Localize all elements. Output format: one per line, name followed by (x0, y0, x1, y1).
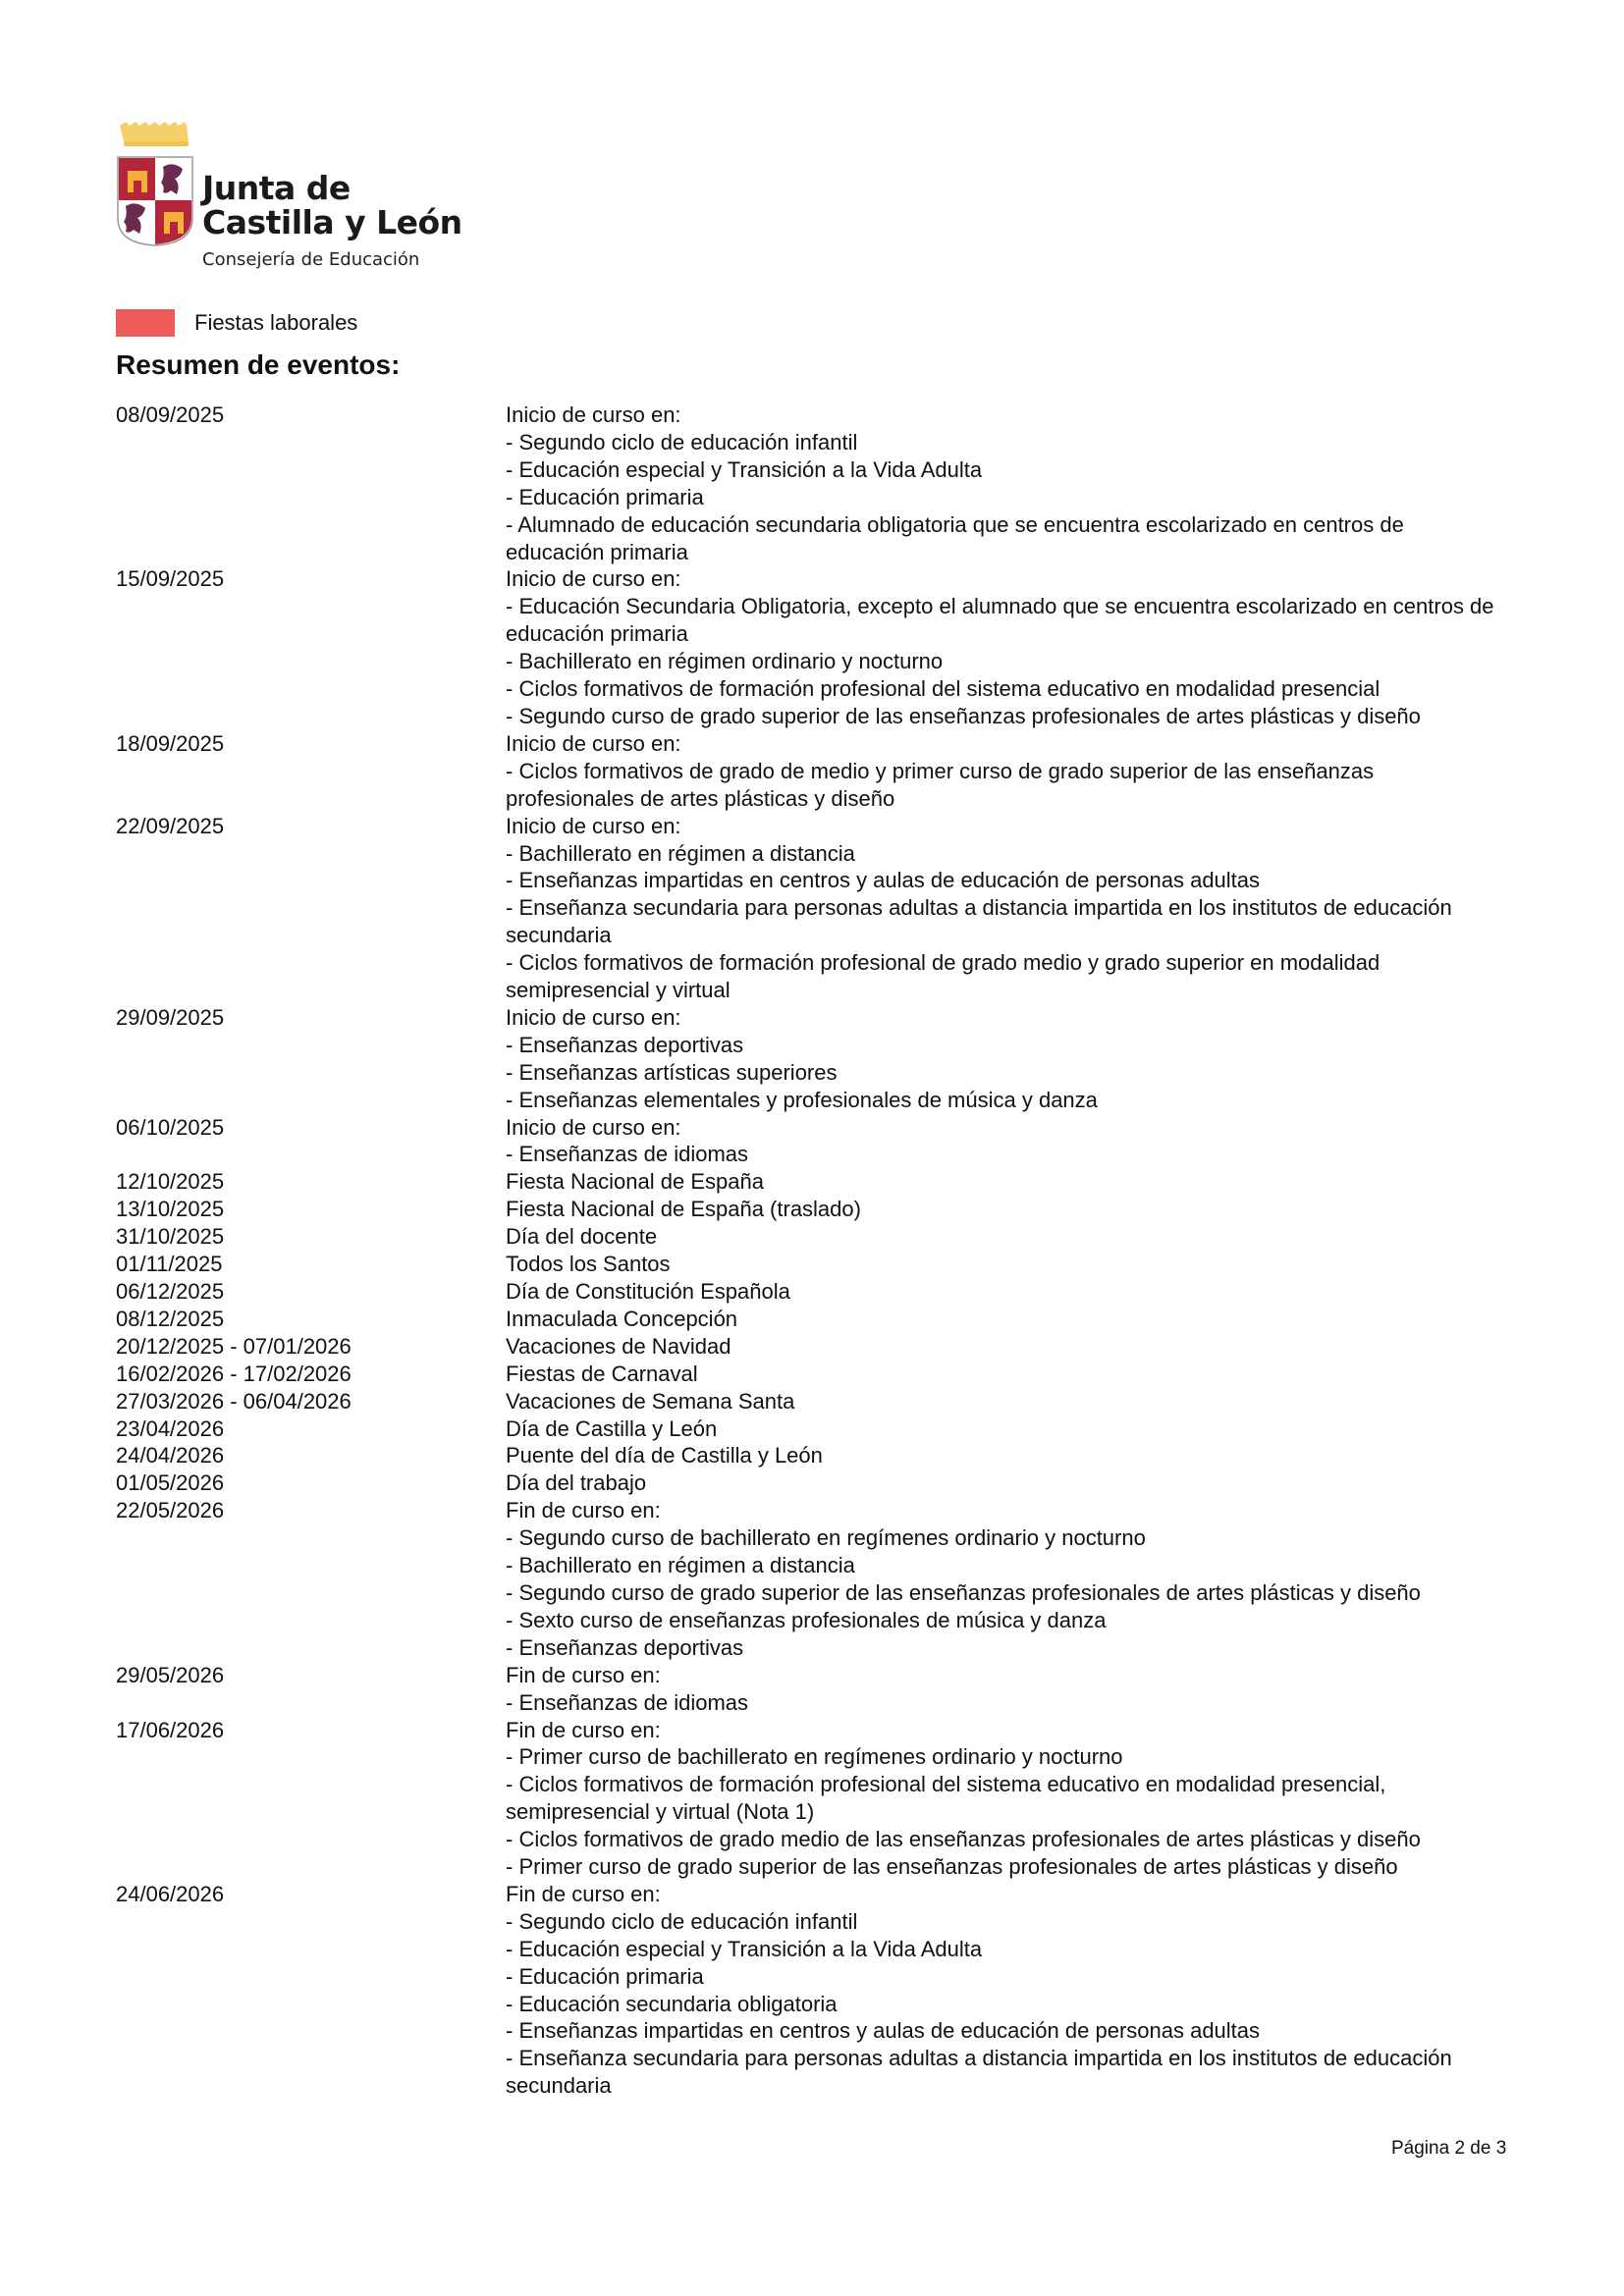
event-line: - Segundo curso de bachillerato en regím… (506, 1524, 1507, 1552)
event-line: - Ciclos formativos de formación profesi… (506, 1771, 1507, 1826)
event-line: Inicio de curso en: (506, 1004, 1507, 1032)
event-date: 24/04/2026 (116, 1442, 506, 1469)
event-line: - Ciclos formativos de formación profesi… (506, 675, 1507, 703)
event-date: 31/10/2025 (116, 1223, 506, 1251)
event-row: 24/04/2026Puente del día de Castilla y L… (116, 1442, 1510, 1469)
event-row: 27/03/2026 - 06/04/2026Vacaciones de Sem… (116, 1388, 1510, 1415)
event-line: - Educación primaria (506, 1963, 1507, 1991)
event-date: 29/09/2025 (116, 1004, 506, 1114)
event-line: Inicio de curso en: (506, 1114, 1507, 1142)
legend-swatch-fiestas (116, 309, 175, 337)
event-description: Inicio de curso en:- Bachillerato en rég… (506, 813, 1507, 1004)
event-row: 31/10/2025Día del docente (116, 1223, 1510, 1251)
event-description: Fiesta Nacional de España (506, 1168, 1507, 1196)
event-line: - Educación especial y Transición a la V… (506, 456, 1507, 484)
event-description: Fiesta Nacional de España (traslado) (506, 1196, 1507, 1223)
event-line: - Enseñanzas deportivas (506, 1032, 1507, 1059)
event-line: Fiestas de Carnaval (506, 1361, 1507, 1388)
event-description: Fin de curso en:- Primer curso de bachil… (506, 1717, 1507, 1881)
event-row: 08/09/2025Inicio de curso en:- Segundo c… (116, 401, 1510, 565)
event-date: 27/03/2026 - 06/04/2026 (116, 1388, 506, 1415)
event-line: Fiesta Nacional de España (traslado) (506, 1196, 1507, 1223)
event-line: - Segundo curso de grado superior de las… (506, 1579, 1507, 1607)
event-line: - Ciclos formativos de formación profesi… (506, 949, 1507, 1004)
event-row: 06/10/2025Inicio de curso en:- Enseñanza… (116, 1114, 1510, 1169)
event-description: Vacaciones de Semana Santa (506, 1388, 1507, 1415)
event-row: 01/11/2025Todos los Santos (116, 1251, 1510, 1278)
event-row: 22/05/2026Fin de curso en:- Segundo curs… (116, 1497, 1510, 1661)
event-line: - Primer curso de bachillerato en regíme… (506, 1743, 1507, 1771)
event-date: 01/11/2025 (116, 1251, 506, 1278)
event-line: - Segundo ciclo de educación infantil (506, 429, 1507, 456)
event-line: Fiesta Nacional de España (506, 1168, 1507, 1196)
event-row: 29/09/2025Inicio de curso en:- Enseñanza… (116, 1004, 1510, 1114)
event-row: 20/12/2025 - 07/01/2026Vacaciones de Nav… (116, 1333, 1510, 1361)
legend-label: Fiestas laborales (194, 310, 357, 336)
event-row: 01/05/2026Día del trabajo (116, 1469, 1510, 1497)
event-date: 12/10/2025 (116, 1168, 506, 1196)
event-description: Puente del día de Castilla y León (506, 1442, 1507, 1469)
event-line: Día de Castilla y León (506, 1415, 1507, 1443)
event-date: 06/10/2025 (116, 1114, 506, 1169)
event-line: Día del docente (506, 1223, 1507, 1251)
events-list: 08/09/2025Inicio de curso en:- Segundo c… (116, 401, 1510, 2100)
event-line: - Segundo curso de grado superior de las… (506, 703, 1507, 730)
event-row: 13/10/2025Fiesta Nacional de España (tra… (116, 1196, 1510, 1223)
junta-logo: Junta de Castilla y León Consejería de E… (116, 120, 489, 287)
event-line: Inicio de curso en: (506, 730, 1507, 758)
logo-title: Junta de Castilla y León (202, 171, 462, 240)
event-date: 17/06/2026 (116, 1717, 506, 1881)
event-date: 06/12/2025 (116, 1278, 506, 1306)
coat-of-arms-icon (116, 120, 194, 247)
logo-subtitle: Consejería de Educación (202, 249, 419, 270)
event-line: - Enseñanzas de idiomas (506, 1689, 1507, 1717)
event-line: - Sexto curso de enseñanzas profesionale… (506, 1607, 1507, 1634)
event-row: 24/06/2026Fin de curso en:- Segundo cicl… (116, 1881, 1510, 2100)
event-row: 18/09/2025Inicio de curso en:- Ciclos fo… (116, 730, 1510, 813)
event-date: 22/09/2025 (116, 813, 506, 1004)
event-row: 23/04/2026Día de Castilla y León (116, 1415, 1510, 1443)
event-line: - Enseñanza secundaria para personas adu… (506, 2045, 1507, 2100)
event-line: Puente del día de Castilla y León (506, 1442, 1507, 1469)
event-line: Fin de curso en: (506, 1497, 1507, 1524)
event-date: 23/04/2026 (116, 1415, 506, 1443)
event-line: - Educación primaria (506, 484, 1507, 511)
event-description: Día del docente (506, 1223, 1507, 1251)
event-line: Día del trabajo (506, 1469, 1507, 1497)
event-line: Día de Constitución Española (506, 1278, 1507, 1306)
event-date: 13/10/2025 (116, 1196, 506, 1223)
event-line: Inicio de curso en: (506, 565, 1507, 593)
event-description: Inicio de curso en:- Ciclos formativos d… (506, 730, 1507, 813)
section-title: Resumen de eventos: (116, 349, 400, 381)
event-line: - Primer curso de grado superior de las … (506, 1853, 1507, 1881)
event-description: Fiestas de Carnaval (506, 1361, 1507, 1388)
event-date: 29/05/2026 (116, 1662, 506, 1717)
event-date: 08/12/2025 (116, 1306, 506, 1333)
event-line: - Enseñanzas de idiomas (506, 1141, 1507, 1168)
event-line: - Enseñanzas impartidas en centros y aul… (506, 2017, 1507, 2045)
event-line: - Enseñanzas impartidas en centros y aul… (506, 867, 1507, 894)
event-line: - Ciclos formativos de grado medio de la… (506, 1826, 1507, 1853)
event-line: - Enseñanzas elementales y profesionales… (506, 1087, 1507, 1114)
event-description: Fin de curso en:- Enseñanzas de idiomas (506, 1662, 1507, 1717)
event-line: - Bachillerato en régimen a distancia (506, 1552, 1507, 1579)
event-description: Día del trabajo (506, 1469, 1507, 1497)
event-line: Inicio de curso en: (506, 401, 1507, 429)
event-line: - Educación secundaria obligatoria (506, 1991, 1507, 2018)
event-date: 16/02/2026 - 17/02/2026 (116, 1361, 506, 1388)
event-row: 12/10/2025Fiesta Nacional de España (116, 1168, 1510, 1196)
event-line: Fin de curso en: (506, 1717, 1507, 1744)
event-line: Inmaculada Concepción (506, 1306, 1507, 1333)
event-description: Vacaciones de Navidad (506, 1333, 1507, 1361)
event-date: 15/09/2025 (116, 565, 506, 729)
event-line: Inicio de curso en: (506, 813, 1507, 840)
event-date: 20/12/2025 - 07/01/2026 (116, 1333, 506, 1361)
event-description: Inicio de curso en:- Enseñanzas deportiv… (506, 1004, 1507, 1114)
legend: Fiestas laborales (116, 309, 357, 337)
event-line: Fin de curso en: (506, 1881, 1507, 1908)
event-line: - Bachillerato en régimen a distancia (506, 840, 1507, 868)
event-line: Vacaciones de Semana Santa (506, 1388, 1507, 1415)
event-line: Fin de curso en: (506, 1662, 1507, 1689)
page-number: Página 2 de 3 (1391, 2138, 1506, 2160)
event-line: - Enseñanza secundaria para personas adu… (506, 894, 1507, 949)
event-row: 08/12/2025Inmaculada Concepción (116, 1306, 1510, 1333)
event-line: - Alumnado de educación secundaria oblig… (506, 511, 1507, 566)
event-line: - Bachillerato en régimen ordinario y no… (506, 648, 1507, 675)
logo-title-line1: Junta de (202, 171, 462, 205)
event-row: 29/05/2026Fin de curso en:- Enseñanzas d… (116, 1662, 1510, 1717)
event-line: - Educación especial y Transición a la V… (506, 1936, 1507, 1963)
event-row: 06/12/2025Día de Constitución Española (116, 1278, 1510, 1306)
event-description: Inmaculada Concepción (506, 1306, 1507, 1333)
event-line: - Enseñanzas artísticas superiores (506, 1059, 1507, 1087)
event-description: Inicio de curso en:- Educación Secundari… (506, 565, 1507, 729)
event-description: Día de Constitución Española (506, 1278, 1507, 1306)
event-description: Todos los Santos (506, 1251, 1507, 1278)
logo-title-line2: Castilla y León (202, 205, 462, 240)
event-description: Día de Castilla y León (506, 1415, 1507, 1443)
event-line: - Enseñanzas deportivas (506, 1634, 1507, 1662)
event-line: - Educación Secundaria Obligatoria, exce… (506, 593, 1507, 648)
event-line: - Segundo ciclo de educación infantil (506, 1908, 1507, 1936)
event-date: 01/05/2026 (116, 1469, 506, 1497)
event-description: Fin de curso en:- Segundo curso de bachi… (506, 1497, 1507, 1661)
event-row: 16/02/2026 - 17/02/2026Fiestas de Carnav… (116, 1361, 1510, 1388)
event-row: 17/06/2026Fin de curso en:- Primer curso… (116, 1717, 1510, 1881)
event-line: Todos los Santos (506, 1251, 1507, 1278)
event-date: 08/09/2025 (116, 401, 506, 565)
event-row: 22/09/2025Inicio de curso en:- Bachiller… (116, 813, 1510, 1004)
event-date: 22/05/2026 (116, 1497, 506, 1661)
event-date: 18/09/2025 (116, 730, 506, 813)
event-date: 24/06/2026 (116, 1881, 506, 2100)
event-row: 15/09/2025Inicio de curso en:- Educación… (116, 565, 1510, 729)
event-line: Vacaciones de Navidad (506, 1333, 1507, 1361)
event-description: Inicio de curso en:- Segundo ciclo de ed… (506, 401, 1507, 565)
event-description: Fin de curso en:- Segundo ciclo de educa… (506, 1881, 1507, 2100)
event-line: - Ciclos formativos de grado de medio y … (506, 758, 1507, 813)
event-description: Inicio de curso en:- Enseñanzas de idiom… (506, 1114, 1507, 1169)
